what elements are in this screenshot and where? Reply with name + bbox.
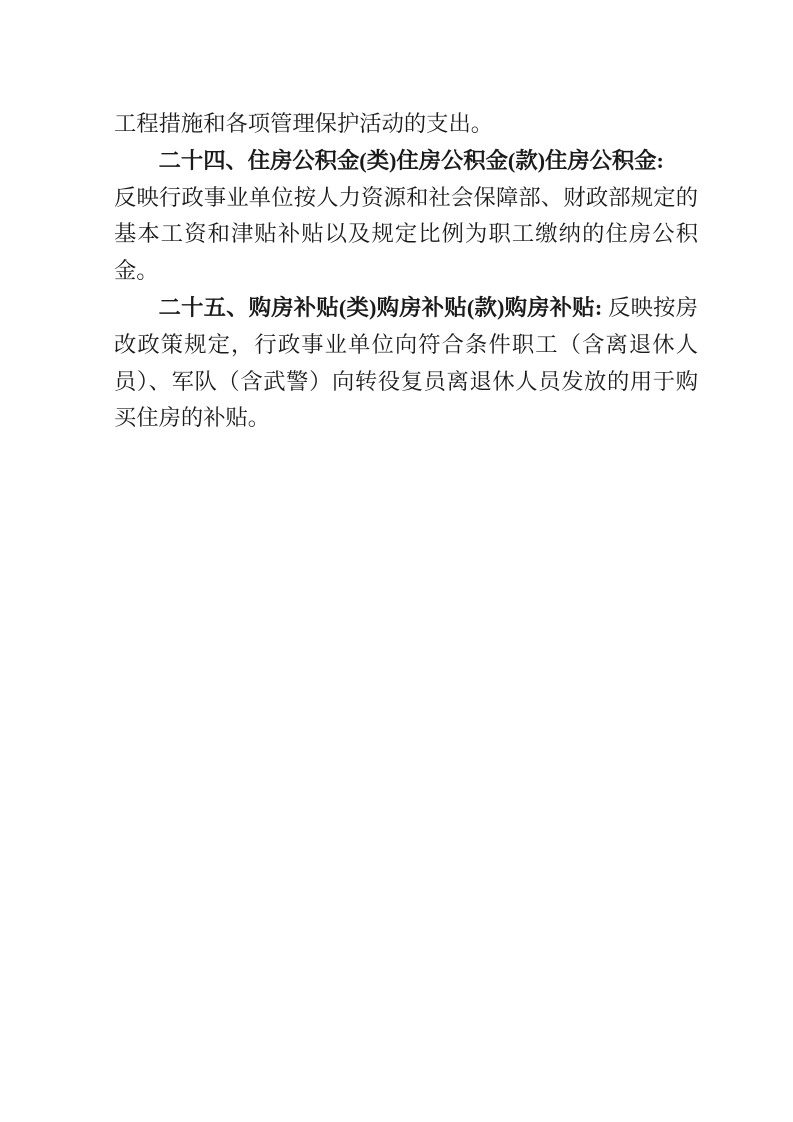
entry-25-heading: 二十五、购房补贴(类)购房补贴(款)购房补贴: <box>159 295 603 320</box>
entry-25: 二十五、购房补贴(类)购房补贴(款)购房补贴: 反映按房改政策规定，行政事业单位… <box>114 290 698 437</box>
document-page: 工程措施和各项管理保护活动的支出。 二十四、住房公积金(类)住房公积金(款)住房… <box>0 0 793 1122</box>
continuation-paragraph: 工程措施和各项管理保护活动的支出。 <box>114 106 698 143</box>
entry-24-heading: 二十四、住房公积金(类)住房公积金(款)住房公积金: <box>114 143 698 180</box>
page-content: 工程措施和各项管理保护活动的支出。 二十四、住房公积金(类)住房公积金(款)住房… <box>114 106 698 437</box>
entry-24-body: 反映行政事业单位按人力资源和社会保障部、财政部规定的基本工资和津贴补贴以及规定比… <box>114 180 698 290</box>
